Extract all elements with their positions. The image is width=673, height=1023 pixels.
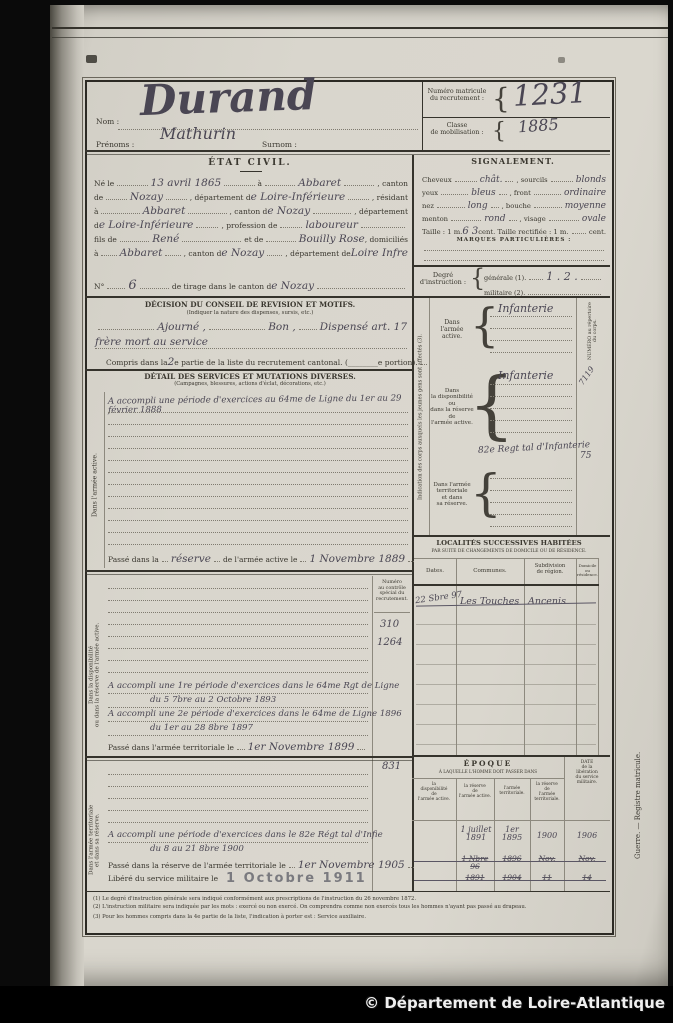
corps-territorial-label: Dans l'armée territoriale et dans sa rés…	[429, 482, 475, 508]
label: Compris dans la	[106, 358, 168, 367]
top-rule	[52, 37, 668, 38]
nom-label: Nom :	[96, 118, 119, 127]
col-header-note: Domicile ou résidence.	[577, 564, 598, 578]
side-label-territoriale: Dans l'armée territoriale et dans sa rés…	[86, 785, 103, 895]
service-entry: A accompli une 2e période d'exercices da…	[108, 710, 402, 719]
signalement-title: SIGNALEMENT.	[420, 157, 606, 166]
repertoire-col-rule	[576, 298, 577, 535]
label: cent. Taille rectifiée : 1 m.	[478, 228, 568, 236]
etat-civil-line: à Abbaret , canton d e Nozay , départeme…	[94, 246, 408, 259]
dotted-rule	[108, 532, 408, 533]
dotted-rule	[108, 424, 408, 425]
label: , résidant	[372, 193, 408, 202]
dotted-rule	[490, 514, 572, 515]
table-row-rule	[416, 704, 596, 705]
dotted-rule	[108, 612, 368, 613]
value: e Nozay	[267, 205, 310, 217]
signalement-row: menton rond , visage ovale	[422, 211, 606, 224]
etat-civil-line: de Nozay , département d e Loire-Inférie…	[94, 190, 408, 203]
label: yeux	[422, 189, 438, 197]
label: , département de	[285, 249, 350, 258]
table-row-rule	[416, 744, 596, 745]
table-row-rule	[416, 724, 596, 725]
table-rule	[412, 820, 610, 821]
section-rule	[85, 574, 412, 575]
label: à	[94, 249, 98, 258]
label: menton	[422, 215, 448, 223]
col-header-subdivision: Subdivision de région.	[524, 564, 576, 576]
value: ovale	[582, 214, 606, 224]
service-entry: du 8 au 21 8bre 1900	[150, 845, 244, 854]
marques-title: MARQUES PARTICULIÈRES :	[422, 237, 606, 243]
value: 13 avril 1865	[151, 177, 222, 189]
epoque-value: 1900	[532, 832, 562, 840]
passage-reserve-line: Passé dans la réserve de l'armée active …	[108, 552, 408, 565]
table-rule	[524, 558, 525, 755]
label: de l'armée active le	[223, 555, 298, 564]
epoque-value: 1906	[568, 832, 606, 840]
dotted-rule	[490, 384, 572, 385]
epoque-col1-header: la disponibilité de l'armée active.	[413, 783, 455, 803]
table-rule	[456, 558, 457, 755]
section-rule	[85, 150, 610, 152]
label: , sourcils	[516, 176, 547, 184]
section-rule	[85, 756, 412, 758]
dotted-rule	[108, 774, 368, 775]
label: Taille : 1 m.	[422, 228, 462, 236]
dotted-rule	[424, 260, 604, 261]
surnom-label: Surnom :	[262, 141, 297, 150]
passage-territoriale-line: Passé dans l'armée territoriale le 1er N…	[108, 740, 368, 753]
corps-side-label: Indication des corps auxquels les jeunes…	[413, 306, 428, 528]
side-label-armee-active: Dans l'armée active.	[88, 420, 102, 550]
dotted-rule	[108, 798, 368, 799]
dotted-rule	[108, 508, 408, 509]
classe-label: Classe de mobilisation :	[424, 122, 490, 136]
dotted-rule	[490, 502, 572, 503]
label: , domiciliés	[365, 235, 408, 244]
footnote-2: (2) L'instruction militaire sera indiqué…	[93, 904, 603, 910]
dotted-rule	[108, 484, 408, 485]
dotted-rule	[108, 810, 368, 811]
label: , département d	[190, 193, 251, 202]
section-rule	[412, 296, 610, 298]
brace	[492, 119, 506, 144]
brace	[470, 264, 485, 292]
top-rule	[52, 27, 668, 29]
tirage-line: N° 6 de tirage dans le canton d e Nozay	[94, 278, 408, 293]
dotted-rule	[108, 636, 368, 637]
dotted-rule	[108, 648, 368, 649]
controle-header: Numéro au contrôle spécial du recrutemen…	[373, 580, 411, 602]
dotted-rule	[108, 460, 408, 461]
dotted-rule	[108, 693, 368, 694]
label: Passé dans la	[108, 555, 159, 564]
localite-subdivision: Ancenis	[528, 597, 566, 607]
epoque-value: 1er 1895	[496, 826, 528, 843]
decision-compris-line: Compris dans la 2 e partie de la liste d…	[106, 355, 406, 368]
dotted-rule	[108, 660, 368, 661]
decision-title: DÉCISION DU CONSEIL DE REVISION ET MOTIF…	[95, 301, 405, 309]
table-rule	[576, 558, 577, 755]
value: moyenne	[565, 201, 606, 211]
dotted-rule	[490, 396, 572, 397]
dotted-rule	[108, 412, 408, 413]
dotted-rule	[108, 735, 368, 736]
repertoire-number: 75	[580, 452, 591, 461]
dotted-rule	[108, 672, 368, 673]
label: Cheveux	[422, 176, 452, 184]
value: e Nozay	[221, 247, 264, 259]
etat-civil-line: d e Loire-Inférieure , profession de lab…	[94, 218, 408, 231]
section-rule	[412, 755, 610, 757]
label: , profession de	[221, 221, 277, 230]
value: Abbaret	[120, 247, 163, 259]
dotted-rule	[95, 348, 407, 349]
table-rule	[412, 778, 564, 779]
inner-rule	[374, 612, 410, 613]
dotted-rule	[108, 436, 408, 437]
corps-reserve-value: Infanterie	[498, 370, 553, 382]
label: Passé dans la réserve de l'armée territo…	[108, 861, 286, 870]
strike-line	[414, 880, 606, 881]
label: à	[258, 179, 262, 188]
dotted-rule	[108, 624, 368, 625]
epoque-subtitle: À LAQUELLE L'HOMME DOIT PASSER DANS	[412, 770, 564, 775]
dotted-rule	[490, 490, 572, 491]
dotted-rule	[108, 822, 368, 823]
section-rule	[85, 570, 412, 572]
dotted-rule	[108, 721, 368, 722]
value: chât.	[480, 175, 503, 185]
footnote-rule	[85, 891, 610, 892]
title-rule	[240, 171, 262, 172]
section-rule	[85, 154, 610, 155]
value: 6	[128, 278, 136, 293]
value: Ajourné ,	[157, 321, 206, 333]
controle-number: 1264	[377, 638, 402, 649]
label: , canton d	[230, 207, 268, 216]
liberation-stamp: 1 Octobre 1911	[226, 871, 367, 886]
etat-civil-line: fils de René et de Bouilly Rose , domici…	[94, 232, 408, 245]
header-divider	[422, 82, 423, 150]
value: long	[468, 201, 488, 211]
signalement-row: nez long , bouche moyenne	[422, 198, 606, 211]
value: 1 Novembre 1889	[309, 553, 405, 565]
value: blonds	[576, 175, 606, 185]
decision-subtitle: (Indiquer la nature des dispenses, sursi…	[95, 310, 405, 316]
value: Abbaret	[298, 177, 341, 189]
matricule-label: Numéro matricule du recrutement :	[424, 88, 490, 102]
value: bleus	[471, 188, 495, 198]
value: e Loire-Inférieure	[251, 191, 346, 203]
dotted-rule	[490, 526, 572, 527]
label: et de	[244, 235, 263, 244]
etat-civil-line: à Abbaret , canton d e Nozay , départeme…	[94, 204, 408, 217]
dotted-rule	[108, 520, 408, 521]
decision-note: frère mort au service	[95, 337, 208, 348]
binding-edge	[50, 5, 84, 986]
dotted-rule	[108, 496, 408, 497]
corps-active-value: Infanterie	[498, 303, 553, 315]
label: , visage	[520, 215, 546, 223]
value: e Loire-Inférieure	[99, 219, 194, 231]
dotted-rule	[108, 448, 408, 449]
value: réserve	[171, 553, 211, 565]
value: 6 3	[462, 226, 478, 237]
col-header-communes: Communes.	[456, 568, 524, 574]
dotted-rule	[424, 250, 604, 251]
services-subtitle: (Campagnes, blessures, actions d'éclat, …	[95, 382, 405, 388]
ink-mark	[558, 57, 565, 63]
value: e Nozay	[271, 280, 314, 292]
dotted-rule	[108, 472, 408, 473]
service-entry: du 1er au 28 8bre 1897	[150, 724, 253, 733]
value: Dispensé art. 17	[320, 321, 407, 333]
label: générale (1).	[484, 274, 526, 282]
label: cent.	[589, 228, 606, 236]
brace	[492, 82, 510, 115]
signalement-row: Cheveux chât. , sourcils blonds	[422, 172, 606, 185]
side-label-reserve: Dans la disponibilité ou dans la réserve…	[86, 600, 103, 750]
dotted-rule	[108, 588, 368, 589]
prenoms-label: Prénoms :	[96, 141, 134, 150]
section-rule	[85, 760, 412, 761]
section-rule	[412, 535, 610, 537]
instruction-label: Degré d'instruction :	[416, 272, 470, 287]
value: 1 . 2 .	[546, 270, 577, 283]
value: 1er Novembre 1899	[248, 741, 355, 753]
controle-number: 831	[382, 762, 401, 773]
value: Loire Infre	[351, 247, 408, 259]
epoque-value: 1 juillet 1891	[458, 826, 494, 843]
matricule-value: 1231	[512, 77, 587, 111]
nom-value: Durand	[139, 73, 317, 123]
label: , bouche	[502, 202, 531, 210]
col-header-dates: Dates.	[414, 568, 456, 574]
dotted-rule	[490, 340, 572, 341]
label: à	[94, 207, 98, 216]
dotted-rule	[108, 707, 368, 708]
libere-label: Libéré du service militaire le	[108, 875, 218, 884]
label: N°	[94, 282, 104, 291]
epoque-col3-header: l'armée territoriale.	[495, 787, 529, 797]
table-row-rule	[416, 664, 596, 665]
table-row-rule	[416, 644, 596, 645]
value: René	[152, 233, 179, 245]
dotted-rule	[490, 352, 572, 353]
corps-active-label: Dans l'armée active.	[431, 320, 473, 341]
label: , canton d	[184, 249, 222, 258]
inner-rule	[104, 392, 105, 568]
table-header-rule	[414, 584, 599, 586]
instruction-generale-row: générale (1). 1 . 2 .	[484, 270, 604, 283]
passage-reserve-territoriale-line: Passé dans la réserve de l'armée territo…	[108, 858, 388, 871]
value: Nozay	[130, 191, 163, 203]
value: ordinaire	[564, 188, 606, 198]
dotted-rule	[490, 432, 572, 433]
epoque-col2-header: la réserve de l'armée active.	[457, 785, 493, 800]
dotted-rule	[490, 328, 572, 329]
label: , département	[354, 207, 408, 216]
label: e partie de la liste du recrutement cant…	[174, 358, 417, 367]
decision-line: Ajourné , Bon , Dispensé art. 17	[95, 320, 407, 333]
date-liberation-header: DATE de la libération du service militai…	[565, 760, 609, 785]
etat-civil-line: Né le 13 avril 1865 à Abbaret , canton	[94, 176, 408, 189]
dotted-rule	[108, 842, 368, 843]
strike-line	[414, 861, 606, 862]
dotted-rule	[108, 786, 368, 787]
prenoms-value: Mathurin	[160, 126, 236, 143]
label: , front	[510, 189, 531, 197]
signalement-row: yeux bleus , front ordinaire	[422, 185, 606, 198]
section-rule	[412, 265, 610, 267]
value: 1er Novembre 1905	[298, 859, 405, 871]
table-row-rule	[416, 684, 596, 685]
etat-civil-title: ÉTAT CIVIL.	[95, 158, 405, 168]
epoque-col4-header: la réserve de l'armée territoriale.	[531, 783, 563, 803]
localites-subtitle: PAR SUITE DE CHANGEMENTS DE DOMICILE OU …	[416, 549, 602, 554]
value: Bouilly Rose	[299, 233, 365, 245]
epoque-title: ÉPOQUE	[412, 760, 564, 769]
ink-mark	[86, 55, 97, 63]
controle-number: 310	[380, 620, 399, 631]
control-col-rule	[372, 576, 373, 891]
watermark-text: © Département de Loire-Atlantique	[364, 994, 665, 1012]
table-rule	[414, 558, 599, 559]
section-rule	[85, 296, 412, 298]
margin-note: Guerre. — Registre matricule.	[630, 700, 646, 910]
label: nez	[422, 202, 434, 210]
brace	[470, 298, 499, 352]
label: Passé dans l'armée territoriale le	[108, 743, 234, 752]
table-row-rule	[416, 624, 596, 625]
scanned-register-page: Nom : Durand Prénoms : Mathurin Surnom :…	[0, 0, 673, 1023]
service-entry: A accompli une 1re période d'exercices d…	[108, 682, 399, 691]
table-rule	[598, 558, 599, 755]
value: 2	[168, 356, 175, 368]
footnote-3: (3) Pour les hommes compris dans la 4e p…	[93, 914, 603, 920]
classe-value: 1885	[517, 117, 559, 137]
value: Abbaret	[143, 205, 186, 217]
header-rule	[422, 117, 610, 118]
epoque-value-struck: 1 Nbre 96	[456, 855, 494, 871]
dotted-rule	[490, 316, 572, 317]
value: Bon ,	[268, 321, 295, 333]
value: laboureur	[305, 219, 357, 231]
service-entry: A accompli une période d'exercices dans …	[108, 831, 383, 840]
dotted-rule	[490, 420, 572, 421]
taille-row: Taille : 1 m. 6 3 cent. Taille rectifiée…	[422, 224, 606, 237]
label: Né le	[94, 179, 114, 188]
localites-title: LOCALITÉS SUCCESSIVES HABITÉES	[416, 540, 602, 548]
dotted-rule	[490, 408, 572, 409]
footnote-1: (1) Le degré d'instruction générale sera…	[93, 896, 603, 902]
repertoire-header: NUMÉRO au répertoire du corps.	[578, 300, 608, 362]
label: de tirage dans le canton d	[172, 282, 271, 291]
label: fils de	[94, 235, 117, 244]
dotted-rule	[108, 544, 408, 545]
dotted-rule	[490, 478, 572, 479]
dotted-rule	[108, 600, 368, 601]
label: , canton	[377, 179, 408, 188]
section-rule	[85, 369, 412, 371]
value: rond	[484, 214, 505, 224]
label: de	[94, 193, 103, 202]
service-entry: du 5 7bre au 2 Octobre 1893	[150, 696, 276, 705]
